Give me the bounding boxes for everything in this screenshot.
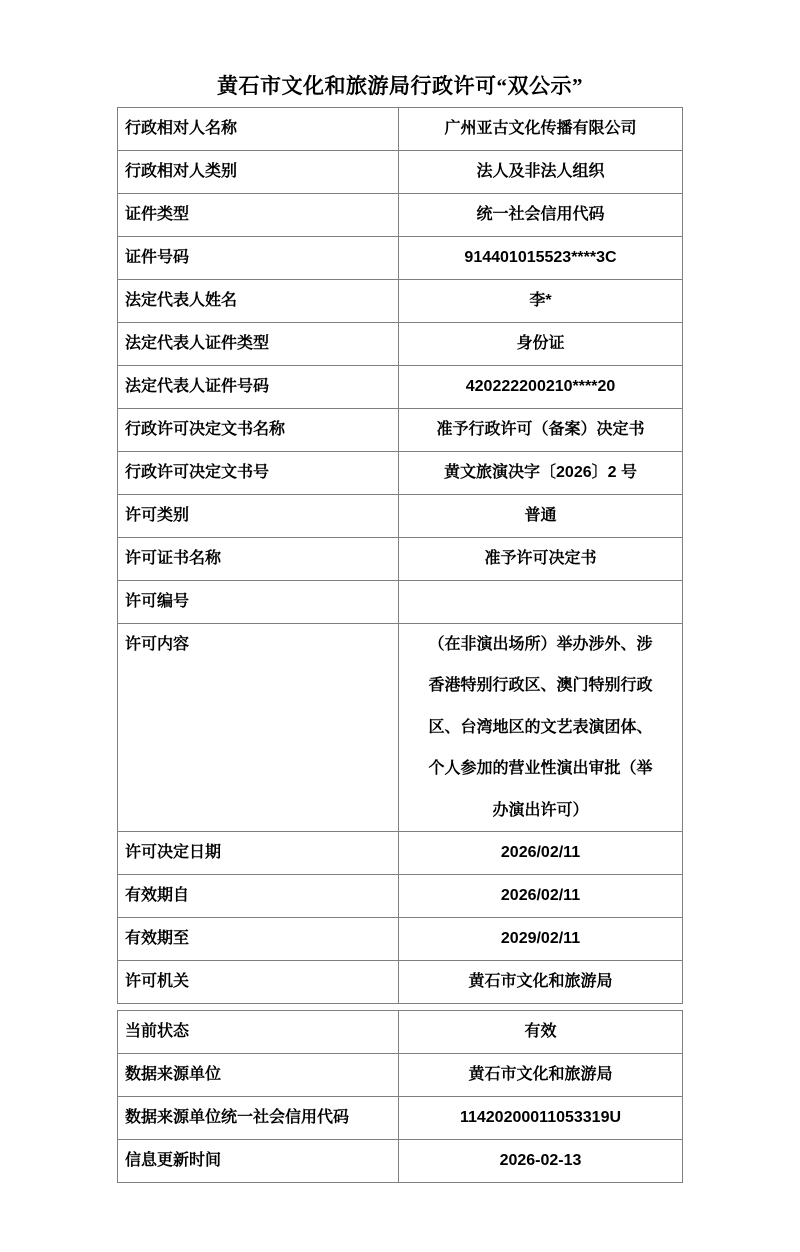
row-value: 准予行政许可（备案）决定书 [399,409,682,451]
row-label: 信息更新时间 [118,1140,399,1182]
row-value: 黄石市文化和旅游局 [399,961,682,1003]
row-value: 有效 [399,1011,682,1053]
row-label: 许可决定日期 [118,832,399,874]
row-label: 行政相对人名称 [118,108,399,150]
row-value: （在非演出场所）举办涉外、涉 香港特别行政区、澳门特别行政 区、台湾地区的文艺表… [399,624,682,831]
row-value: 统一社会信用代码 [399,194,682,236]
table-row: 证件号码 914401015523****3C [118,236,682,279]
table-row: 许可决定日期 2026/02/11 [118,831,682,874]
row-value: 准予许可决定书 [399,538,682,580]
table-row: 法定代表人证件类型 身份证 [118,322,682,365]
row-label: 许可机关 [118,961,399,1003]
table-row: 法定代表人证件号码 420222200210****20 [118,365,682,408]
row-value: 2029/02/11 [399,918,682,960]
permit-info-table: 行政相对人名称 广州亚古文化传播有限公司 行政相对人类别 法人及非法人组织 证件… [117,107,683,1004]
row-value: 420222200210****20 [399,366,682,408]
row-value: 2026-02-13 [399,1140,682,1182]
row-value: 身份证 [399,323,682,365]
table-row-permit-content: 许可内容 （在非演出场所）举办涉外、涉 香港特别行政区、澳门特别行政 区、台湾地… [118,623,682,831]
table-row: 许可机关 黄石市文化和旅游局 [118,960,682,1003]
row-value: 2026/02/11 [399,832,682,874]
row-label: 数据来源单位统一社会信用代码 [118,1097,399,1139]
table-row: 行政许可决定文书名称 准予行政许可（备案）决定书 [118,408,682,451]
table-row: 许可编号 [118,580,682,623]
table-row: 有效期至 2029/02/11 [118,917,682,960]
row-label: 当前状态 [118,1011,399,1053]
row-label: 有效期至 [118,918,399,960]
row-label: 法定代表人证件号码 [118,366,399,408]
table-row: 数据来源单位统一社会信用代码 11420200011053319U [118,1096,682,1139]
row-label: 行政许可决定文书号 [118,452,399,494]
document-page: 黄石市文化和旅游局行政许可“双公示” 行政相对人名称 广州亚古文化传播有限公司 … [0,0,800,1252]
row-label: 许可编号 [118,581,399,623]
table-row: 信息更新时间 2026-02-13 [118,1139,682,1182]
table-row: 行政相对人类别 法人及非法人组织 [118,150,682,193]
row-value: 李* [399,280,682,322]
row-label: 法定代表人证件类型 [118,323,399,365]
row-label: 行政许可决定文书名称 [118,409,399,451]
table-row: 许可证书名称 准予许可决定书 [118,537,682,580]
publicity-status-table: 当前状态 有效 数据来源单位 黄石市文化和旅游局 数据来源单位统一社会信用代码 … [117,1010,683,1183]
row-label: 有效期自 [118,875,399,917]
row-value: 普通 [399,495,682,537]
table-row: 有效期自 2026/02/11 [118,874,682,917]
row-value: 11420200011053319U [399,1097,682,1139]
row-label: 法定代表人姓名 [118,280,399,322]
row-value: 黄石市文化和旅游局 [399,1054,682,1096]
table-row: 证件类型 统一社会信用代码 [118,193,682,236]
row-value: 法人及非法人组织 [399,151,682,193]
row-value [399,581,682,623]
row-label: 数据来源单位 [118,1054,399,1096]
row-value: 914401015523****3C [399,237,682,279]
row-label: 许可内容 [118,624,399,831]
row-label: 许可类别 [118,495,399,537]
table-row: 法定代表人姓名 李* [118,279,682,322]
row-value: 2026/02/11 [399,875,682,917]
table-row: 行政许可决定文书号 黄文旅演决字〔2026〕2 号 [118,451,682,494]
row-label: 行政相对人类别 [118,151,399,193]
table-row: 当前状态 有效 [118,1011,682,1053]
table-row: 数据来源单位 黄石市文化和旅游局 [118,1053,682,1096]
row-value: 黄文旅演决字〔2026〕2 号 [399,452,682,494]
page-title: 黄石市文化和旅游局行政许可“双公示” [0,0,800,99]
row-label: 许可证书名称 [118,538,399,580]
row-label: 证件类型 [118,194,399,236]
table-row: 许可类别 普通 [118,494,682,537]
table-row: 行政相对人名称 广州亚古文化传播有限公司 [118,108,682,150]
row-value: 广州亚古文化传播有限公司 [399,108,682,150]
row-label: 证件号码 [118,237,399,279]
